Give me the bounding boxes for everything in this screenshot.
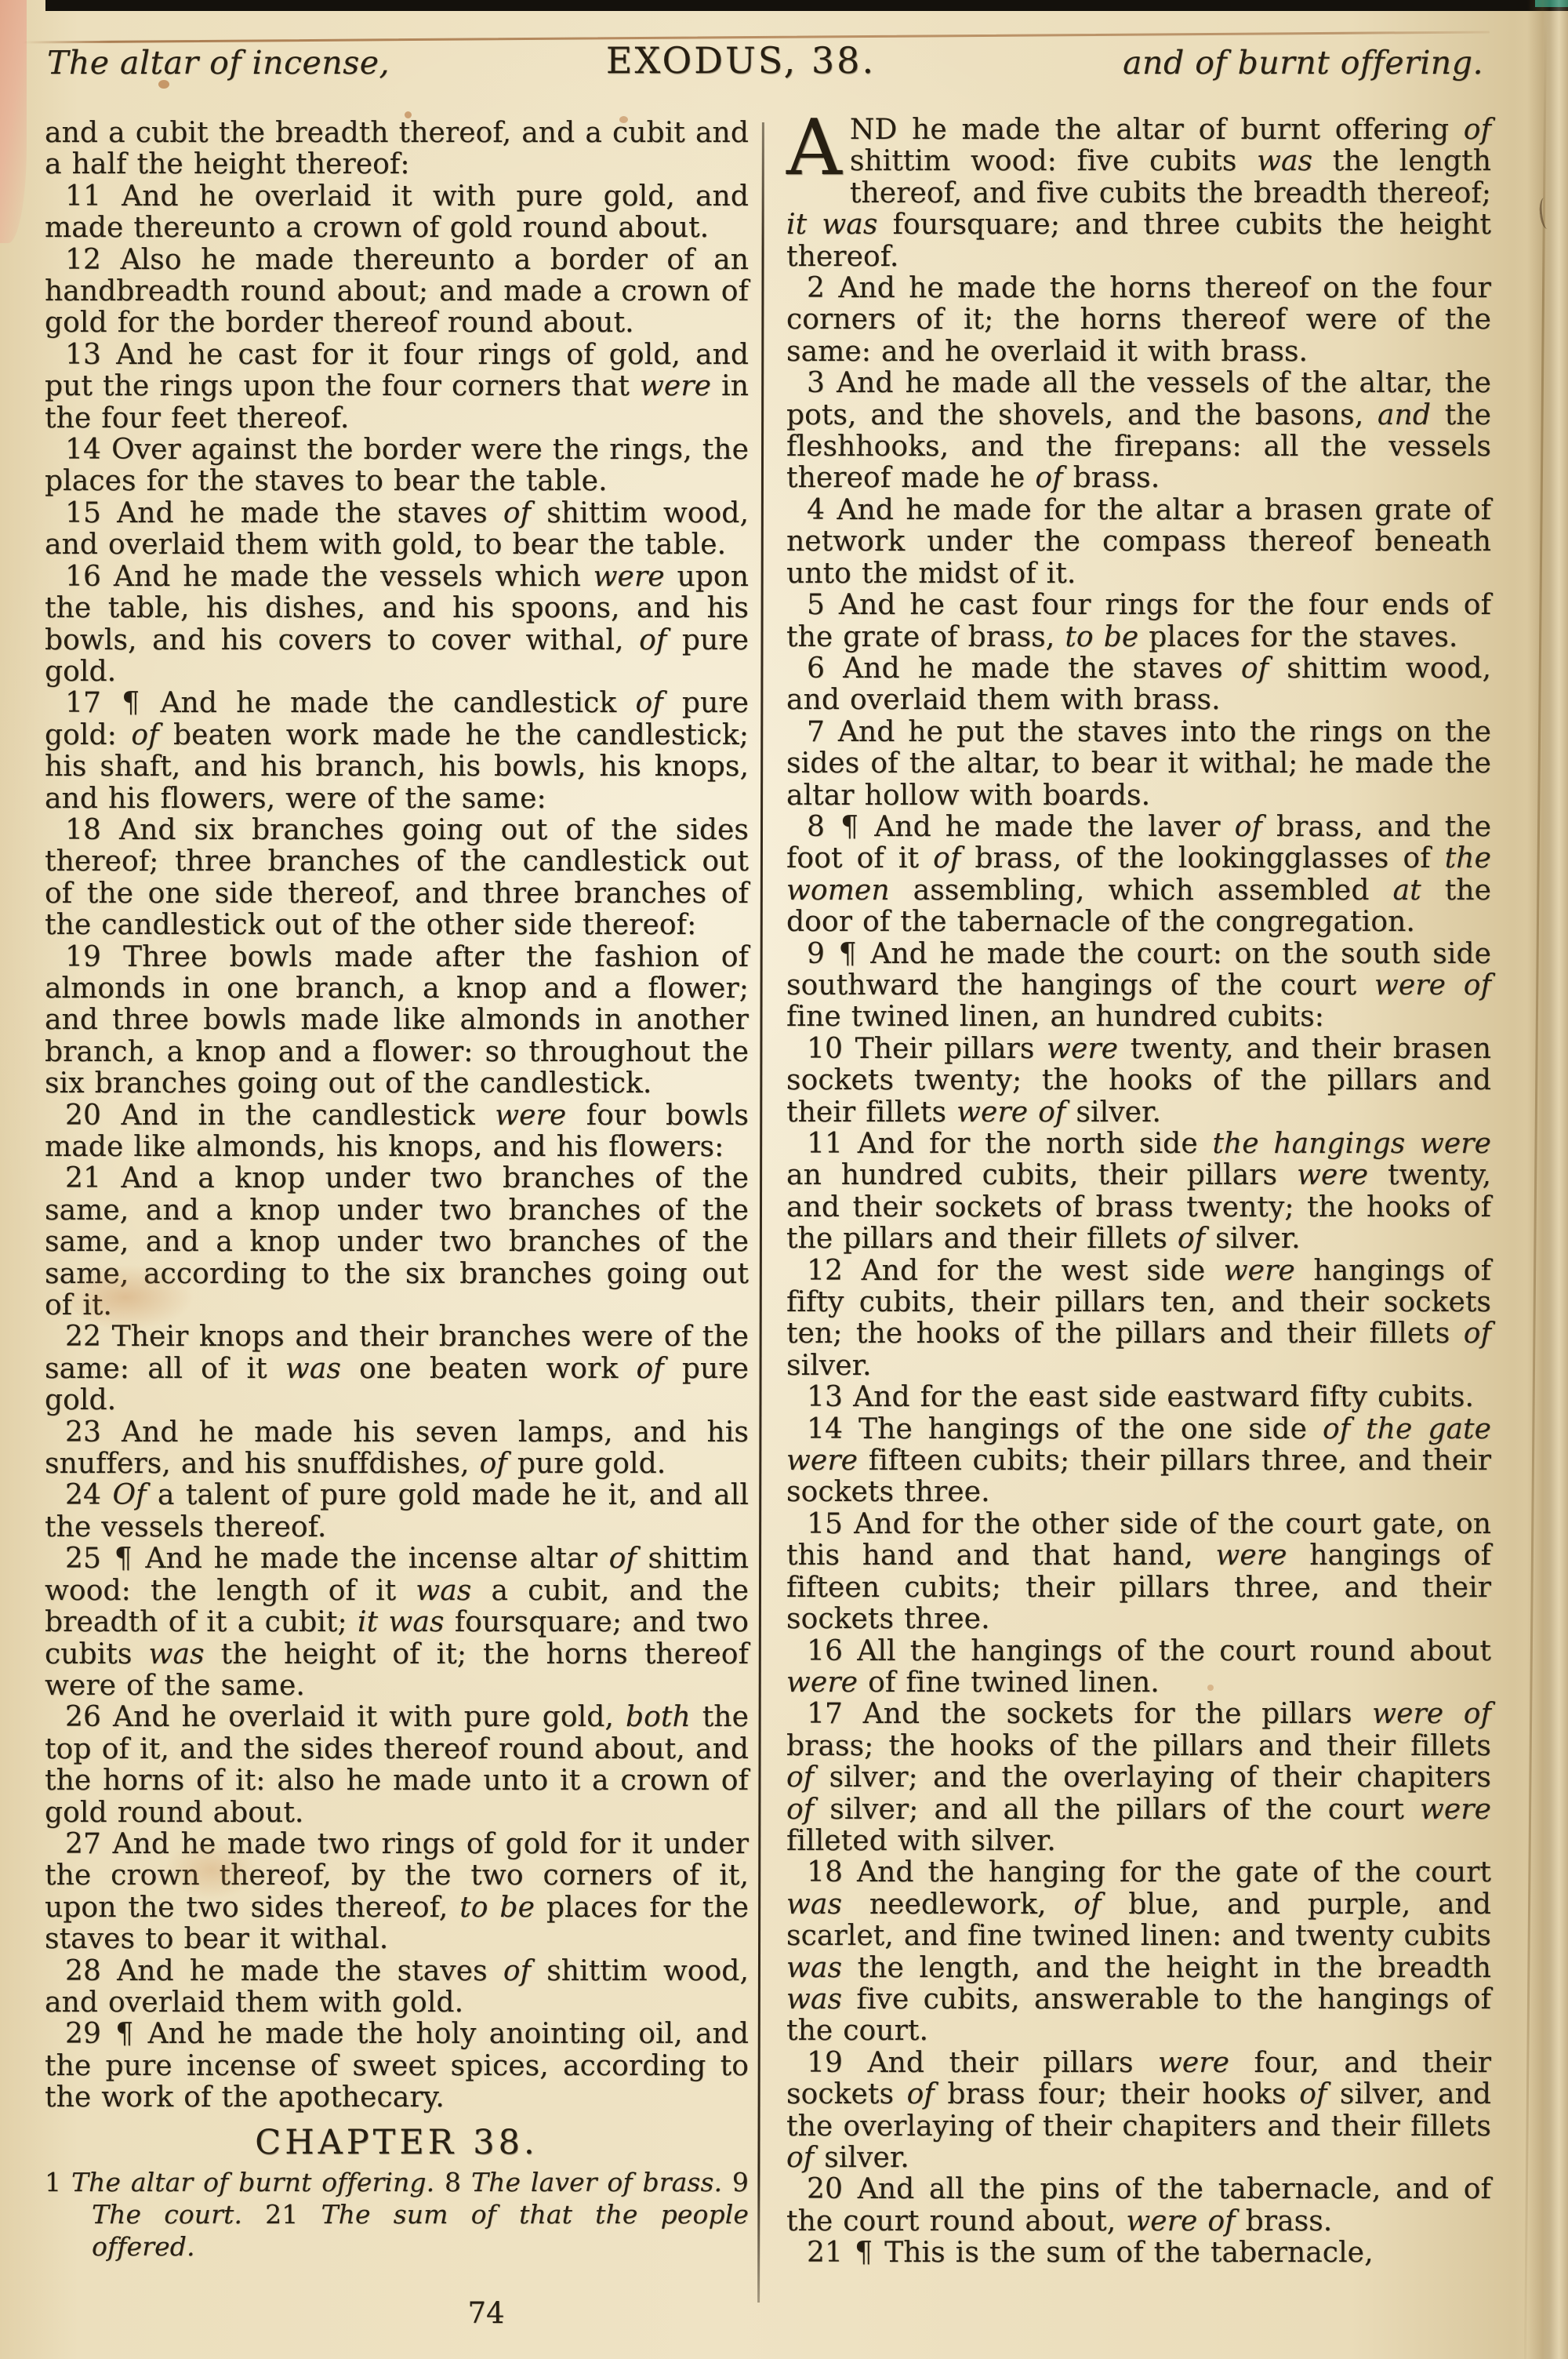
verse-25: 25 ¶ And he made the incense altar of sh… — [45, 1543, 749, 1702]
verse-20: 20 And in the candlestick were four bowl… — [45, 1100, 749, 1164]
verse-12: 12 And for the west side were hangings o… — [786, 1256, 1491, 1383]
verse-number: 12 — [807, 1255, 843, 1287]
verse-24: 24 Of a talent of pure gold made he it, … — [45, 1480, 749, 1543]
verse-1: AND he made the altar of burnt offering … — [786, 114, 1491, 273]
verse-18: 18 And the hanging for the gate of the c… — [786, 1857, 1491, 2047]
drop-cap-letter: A — [786, 114, 850, 179]
verse-number: 16 — [65, 561, 101, 593]
chapter-summary: 1 The altar of burnt offering. 8 The lav… — [45, 2166, 749, 2263]
verse-number: 19 — [65, 941, 101, 973]
verse-number: 13 — [65, 339, 101, 371]
verse-12: 12 Also he made thereunto a border of an… — [45, 245, 749, 340]
left-text-column: and a cubit the breadth thereof, and a c… — [45, 118, 749, 2263]
verse-10: 10 Their pillars were twenty, and their … — [786, 1034, 1491, 1129]
verse-18: 18 And six branches going out of the sid… — [45, 815, 749, 942]
verse-number: 20 — [65, 1100, 101, 1132]
verse-27: 27 And he made two rings of gold for it … — [45, 1829, 749, 1956]
verse-number: 14 — [65, 434, 101, 466]
verse-8: 8 ¶ And he made the laver of brass, and … — [786, 812, 1491, 939]
pilcrow-mark: ¶ — [853, 2237, 874, 2269]
verse-number: 15 — [65, 497, 101, 529]
verse-number: 10 — [807, 1033, 843, 1065]
right-text-column: AND he made the altar of burnt offering … — [786, 114, 1491, 2270]
verse-4: 4 And he made for the altar a brasen gra… — [786, 495, 1491, 590]
verse-number: 2 — [807, 272, 825, 304]
verse-number: 11 — [65, 180, 101, 213]
verse-29: 29 ¶ And he made the holy anointing oil,… — [45, 2019, 749, 2114]
verse-number: 15 — [807, 1508, 843, 1540]
verse-11: 11 And he overlaid it with pure gold, an… — [45, 181, 749, 245]
verse-number: 27 — [65, 1828, 101, 1860]
pilcrow-mark: ¶ — [837, 938, 858, 970]
verse-19: 19 Three bowls made after the fashion of… — [45, 942, 749, 1100]
verse-6: 6 And he made the staves of shittim wood… — [786, 653, 1491, 717]
verse-22: 22 Their knops and their branches were o… — [45, 1321, 749, 1416]
verse-number: 26 — [65, 1701, 101, 1733]
verse-number: 14 — [807, 1413, 843, 1445]
verse-17: 17 And the sockets for the pillars were … — [786, 1699, 1491, 1857]
verse-3: 3 And he made all the vessels of the alt… — [786, 368, 1491, 495]
pilcrow-mark: ¶ — [839, 811, 860, 843]
verse-14: 14 The hangings of the one side of the g… — [786, 1414, 1491, 1509]
verse-9: 9 ¶ And he made the court: on the south … — [786, 939, 1491, 1034]
verse-number: 12 — [65, 244, 101, 276]
verse-5: 5 And he cast four rings for the four en… — [786, 590, 1491, 653]
page-number: 74 — [439, 2296, 533, 2330]
verse-number: 4 — [807, 494, 825, 526]
verse-number: 8 — [807, 811, 825, 843]
verse-number: 21 — [65, 1162, 101, 1194]
verse-14: 14 Over against the border were the ring… — [45, 434, 749, 498]
verse-number: 3 — [807, 367, 825, 399]
running-head-right: and of burnt offering. — [1123, 44, 1483, 82]
verse-26: 26 And he overlaid it with pure gold, bo… — [45, 1702, 749, 1829]
left-verses-container: 11 And he overlaid it with pure gold, an… — [45, 181, 749, 2114]
running-head-left: The altar of incense, — [47, 44, 390, 82]
verse-13: 13 And for the east side eastward fifty … — [786, 1382, 1491, 1413]
verse-2: 2 And he made the horns thereof on the f… — [786, 273, 1491, 368]
verse-number: 20 — [807, 2173, 843, 2205]
book-spine-shadow — [45, 0, 1568, 11]
pilcrow-mark: ¶ — [114, 2018, 135, 2050]
book-cover-edge — [1535, 0, 1568, 7]
verse-number: 22 — [65, 1321, 101, 1353]
verse-number: 7 — [807, 716, 825, 748]
verse-number: 21 — [807, 2237, 843, 2269]
verse-number: 9 — [807, 938, 825, 970]
verse-continuation: and a cubit the breadth thereof, and a c… — [45, 118, 749, 181]
pilcrow-mark: ¶ — [113, 1543, 134, 1575]
verse-number: 19 — [807, 2047, 843, 2079]
right-verses-container: 2 And he made the horns thereof on the f… — [786, 273, 1491, 2270]
verse-16: 16 All the hangings of the court round a… — [786, 1636, 1491, 1699]
verse-number: 28 — [65, 1955, 101, 1987]
verse-28: 28 And he made the staves of shittim woo… — [45, 1956, 749, 2019]
page-title: EXODUS, 38. — [596, 39, 886, 82]
chapter-heading: CHAPTER 38. — [45, 2127, 749, 2158]
pilcrow-mark: ¶ — [120, 687, 141, 719]
verse-21: 21 And a knop under two branches of the … — [45, 1163, 749, 1321]
verse-21: 21 ¶ This is the sum of the tabernacle, — [786, 2237, 1491, 2269]
verse-number: 16 — [807, 1635, 843, 1667]
verse-7: 7 And he put the staves into the rings o… — [786, 717, 1491, 812]
verse-11: 11 And for the north side the hangings w… — [786, 1129, 1491, 1256]
verse-number: 18 — [65, 814, 101, 846]
verse-number: 6 — [807, 652, 825, 685]
verse-number: 5 — [807, 589, 825, 621]
verse-number: 24 — [65, 1479, 101, 1511]
verse-number: 18 — [807, 1856, 843, 1888]
verse-number: 23 — [65, 1416, 101, 1448]
verse-15: 15 And for the other side of the court g… — [786, 1509, 1491, 1636]
verse-23: 23 And he made his seven lamps, and his … — [45, 1417, 749, 1481]
verse-number: 17 — [65, 687, 101, 719]
verse-number: 17 — [807, 1698, 843, 1730]
verse-number: 11 — [807, 1128, 843, 1160]
verse-number: 13 — [807, 1381, 843, 1413]
verse-15: 15 And he made the staves of shittim woo… — [45, 498, 749, 562]
verse-19: 19 And their pillars were four, and thei… — [786, 2048, 1491, 2175]
scanned-bible-page: The altar of incense, EXODUS, 38. and of… — [0, 0, 1568, 2359]
verse-number: 25 — [65, 1543, 101, 1575]
verse-number: 29 — [65, 2018, 101, 2050]
verse-13: 13 And he cast for it four rings of gold… — [45, 340, 749, 434]
verse-17: 17 ¶ And he made the candlestick of pure… — [45, 688, 749, 815]
verse-16: 16 And he made the vessels which were up… — [45, 562, 749, 689]
verse-20: 20 And all the pins of the tabernacle, a… — [786, 2174, 1491, 2237]
